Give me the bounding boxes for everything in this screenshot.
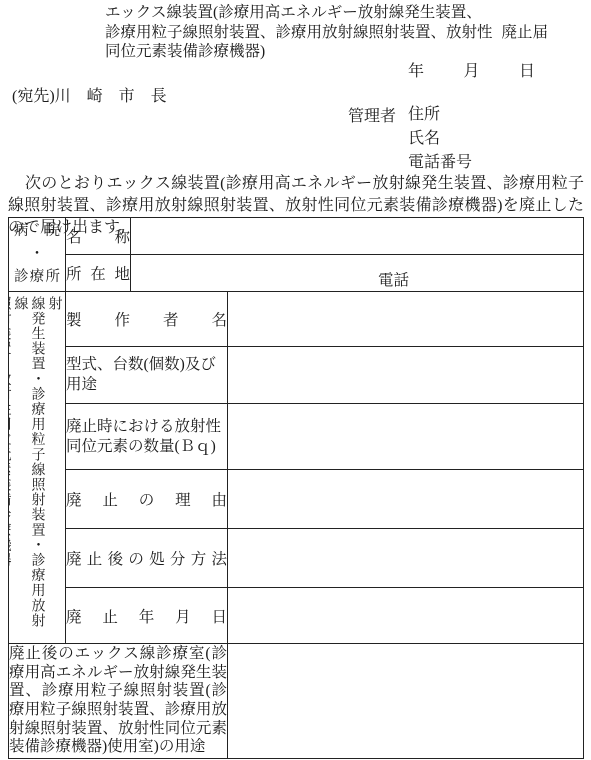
- table-row: 所在地 電話: [9, 255, 584, 292]
- table-row: 廃止の理由: [9, 470, 584, 529]
- manager-name-label: 氏名: [408, 127, 472, 151]
- disposal-method-label: 廃止後の処分方法: [66, 529, 228, 588]
- form-title-line2: 診療用粒子線照射装置、診療用放射線照射装置、放射性: [105, 23, 493, 43]
- facility-address-value-cell: 電話: [131, 255, 584, 292]
- facility-header-line2: 診療所: [9, 266, 65, 289]
- table-row: 廃止後の処分方法: [9, 529, 584, 588]
- table-row: 廃止したエックス線装置・診療用高エネルギー放射 線発生装置・診療用粒子線照射装置…: [9, 292, 584, 347]
- table-row: 病院 ・ 診療所 名称: [9, 218, 584, 255]
- addressee: (宛先)川 崎 市 長: [12, 83, 167, 106]
- table-row: 廃止年月日: [9, 588, 584, 644]
- phone-label: 電話: [378, 268, 409, 290]
- facility-address-label: 所在地: [66, 255, 131, 292]
- facility-name-value-cell: [131, 218, 584, 255]
- table-row: 廃止後のエックス線診療室(診療用高エネルギー放射線発生装置、診療用粒子線照射装置…: [9, 644, 584, 759]
- discontinuation-reason-label: 廃止の理由: [66, 470, 228, 529]
- room-usage-label: 廃止後のエックス線診療室(診療用高エネルギー放射線発生装置、診療用粒子線照射装置…: [9, 644, 228, 759]
- date-line: 年 月 日: [408, 58, 535, 81]
- form-type-label: 廃止届: [502, 23, 549, 43]
- discontinuation-form-page: エックス線装置(診療用高エネルギー放射線発生装置、 診療用粒子線照射装置、診療用…: [0, 0, 591, 760]
- room-usage-value-cell: [228, 644, 584, 759]
- device-header-col-left: 照射装置・放射性同位元素装備診療機器: [9, 296, 12, 643]
- manager-label: 管理者: [348, 103, 396, 126]
- device-header-col-right: 廃止したエックス線装置・診療用高エネルギー放射: [46, 296, 66, 643]
- discontinuation-reason-value-cell: [228, 470, 584, 529]
- date-year-label: 年: [408, 58, 424, 81]
- manager-phone-label: 電話番号: [408, 151, 472, 175]
- date-day-label: 日: [519, 58, 535, 81]
- isotope-quantity-value-cell: [228, 404, 584, 470]
- manager-address-label: 住所: [408, 103, 472, 127]
- disposal-method-value-cell: [228, 529, 584, 588]
- isotope-quantity-label: 廃止時における放射性 同位元素の数量(Ｂｑ): [66, 404, 228, 470]
- facility-header-cell: 病院 ・ 診療所: [9, 218, 66, 292]
- facility-header-line1: 病院: [9, 220, 65, 243]
- discontinuation-date-value-cell: [228, 588, 584, 644]
- device-list-vertical-header: 廃止したエックス線装置・診療用高エネルギー放射 線発生装置・診療用粒子線照射装置…: [9, 292, 66, 644]
- maker-name-label: 製作者名: [66, 292, 228, 347]
- form-title-line1: エックス線装置(診療用高エネルギー放射線発生装置、: [105, 3, 548, 23]
- form-title: エックス線装置(診療用高エネルギー放射線発生装置、 診療用粒子線照射装置、診療用…: [105, 3, 548, 62]
- facility-header-dot: ・: [9, 243, 65, 266]
- device-header-col-middle: 線発生装置・診療用粒子線照射装置・診療用放射線: [12, 296, 46, 643]
- model-quantity-usage-label: 型式、台数(個数)及び 用途: [66, 347, 228, 404]
- form-table: 病院 ・ 診療所 名称 所在地 電話 廃止したエックス線装置・診療用高エネルギー…: [8, 217, 584, 759]
- date-month-label: 月: [463, 58, 479, 81]
- discontinuation-date-label: 廃止年月日: [66, 588, 228, 644]
- facility-name-label: 名称: [66, 218, 131, 255]
- model-quantity-usage-value-cell: [228, 347, 584, 404]
- table-row: 廃止時における放射性 同位元素の数量(Ｂｑ): [9, 404, 584, 470]
- maker-name-value-cell: [228, 292, 584, 347]
- table-row: 型式、台数(個数)及び 用途: [9, 347, 584, 404]
- manager-fields: 住所 氏名 電話番号: [408, 103, 472, 175]
